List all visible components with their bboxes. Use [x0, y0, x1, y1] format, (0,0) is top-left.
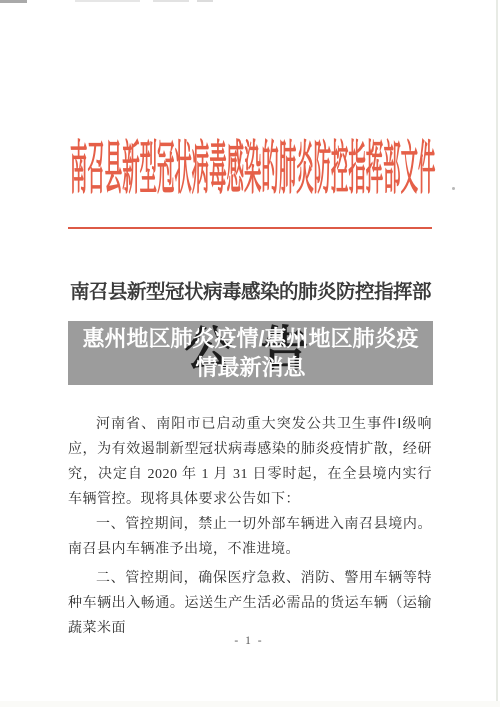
letterhead-divider-line — [68, 227, 432, 229]
caption-text-line1: 惠州地区肺炎疫情/惠州地区肺炎疫 — [68, 324, 433, 353]
scan-artifact-top-mark — [0, 0, 27, 3]
scanned-document-page: 南召县新型冠状病毒感染的肺炎防控指挥部文件 南召县新型冠状病毒感染的肺炎防控指挥… — [0, 0, 500, 707]
scan-artifact-bottom-edge — [0, 701, 500, 707]
caption-text: 惠州地区肺炎疫情/惠州地区肺炎疫 情最新消息 — [68, 324, 433, 382]
page-number: - 1 - — [0, 634, 498, 648]
scan-artifact-top-mark — [75, 0, 140, 2]
scan-artifact-top-mark — [153, 0, 189, 2]
document-body: 河南省、南阳市已启动重大突发公共卫生事件Ⅰ级响应，为有效遏制新型冠状病毒感染的肺… — [68, 412, 432, 641]
letterhead-title: 南召县新型冠状病毒感染的肺炎防控指挥部文件 — [70, 136, 436, 202]
scan-artifact-speck — [452, 187, 455, 190]
document-title: 南召县新型冠状病毒感染的肺炎防控指挥部 — [68, 280, 433, 306]
scan-artifact-right-edge — [496, 0, 498, 707]
caption-text-line2: 情最新消息 — [68, 353, 433, 382]
caption-overlay: 公 告 惠州地区肺炎疫情/惠州地区肺炎疫 情最新消息 — [68, 321, 433, 385]
red-letterhead-banner: 南召县新型冠状病毒感染的肺炎防控指挥部文件 — [70, 136, 436, 204]
body-paragraph: 河南省、南阳市已启动重大突发公共卫生事件Ⅰ级响应，为有效遏制新型冠状病毒感染的肺… — [68, 412, 432, 512]
body-paragraph: 二、管控期间，确保医疗急救、消防、警用车辆等特种车辆出入畅通。运送生产生活必需品… — [68, 566, 432, 641]
body-paragraph: 一、管控期间，禁止一切外部车辆进入南召县境内。南召县内车辆准予出境，不准进境。 — [68, 512, 432, 562]
scan-artifact-top-mark — [197, 0, 213, 2]
